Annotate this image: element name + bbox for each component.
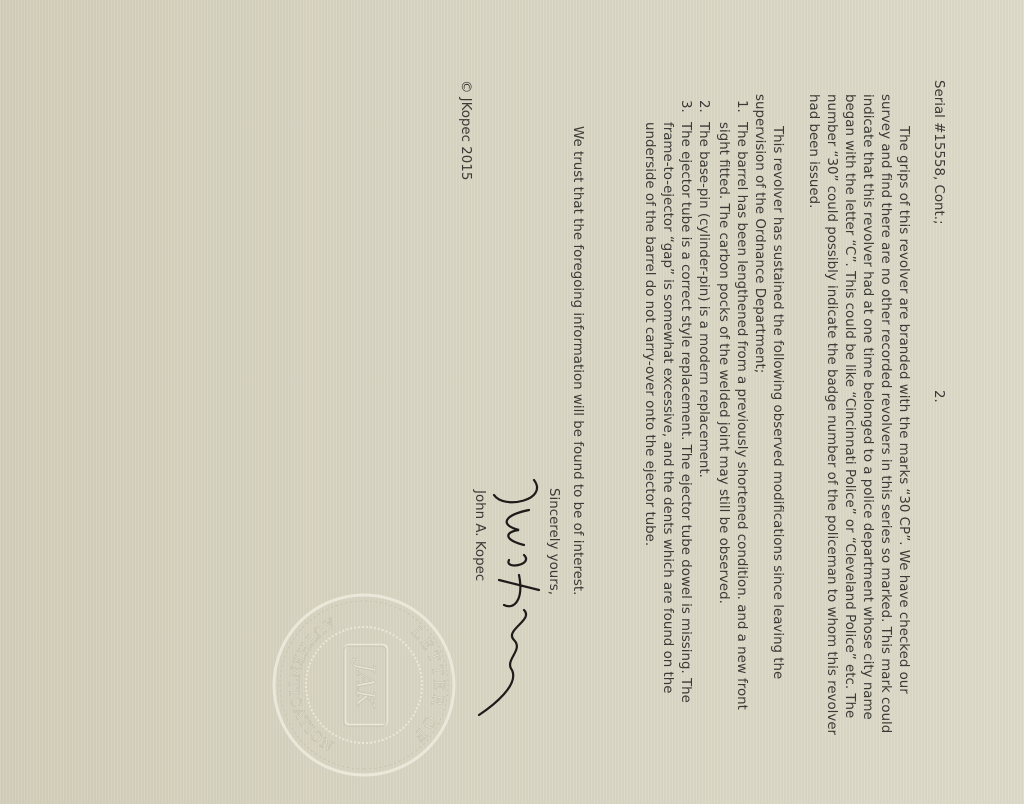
embossed-seal: JAK LETTER OF AUTHENTICATION [269, 590, 459, 780]
modification-item-1: 1.The barrel has been lengthened from a … [732, 100, 750, 710]
signer-name: John A. Kopec [470, 490, 488, 581]
page-number: 2. [929, 390, 947, 403]
paragraph-1-line: The grips of this revolver are branded w… [894, 126, 912, 694]
paragraph-2-line: supervision of the Ordnance Department; [750, 94, 768, 373]
rotated-letter: Serial #15558, Cont.; 2. The grips of th… [0, 0, 1024, 804]
modification-item-1-cont: sight fitted. The carbon pocks of the we… [714, 122, 732, 604]
modification-item-3: 3.The ejector tube is a correct style re… [676, 100, 694, 703]
paragraph-1-line: survey and find there are no other recor… [876, 94, 894, 733]
svg-text:JAK: JAK [351, 658, 379, 710]
paragraph-1-line: indicate that this revolver had at one t… [858, 94, 876, 720]
paragraph-1-line: had been issued. [804, 94, 822, 208]
serial-heading: Serial #15558, Cont.; [929, 80, 947, 225]
svg-text:AUTHENTICATION: AUTHENTICATION [285, 613, 338, 756]
paragraph-1-line: number “30” could possibly indicate the … [822, 94, 840, 735]
modification-item-3-cont: frame-to-ejector “gap” is somewhat exces… [658, 122, 676, 693]
copyright: © JKopec 2015 [456, 80, 474, 180]
closing-sentence: We trust that the foregoing information … [568, 126, 586, 595]
modification-item-3-cont: underside of the barrel do not carry-ove… [640, 122, 658, 546]
paragraph-1-line: began with the letter “C”. This could be… [840, 94, 858, 718]
paragraph-2-line: This revolver has sustained the followin… [768, 126, 786, 679]
modification-item-2: 2.The base-pin (cylinder-pin) is a moder… [694, 100, 712, 478]
